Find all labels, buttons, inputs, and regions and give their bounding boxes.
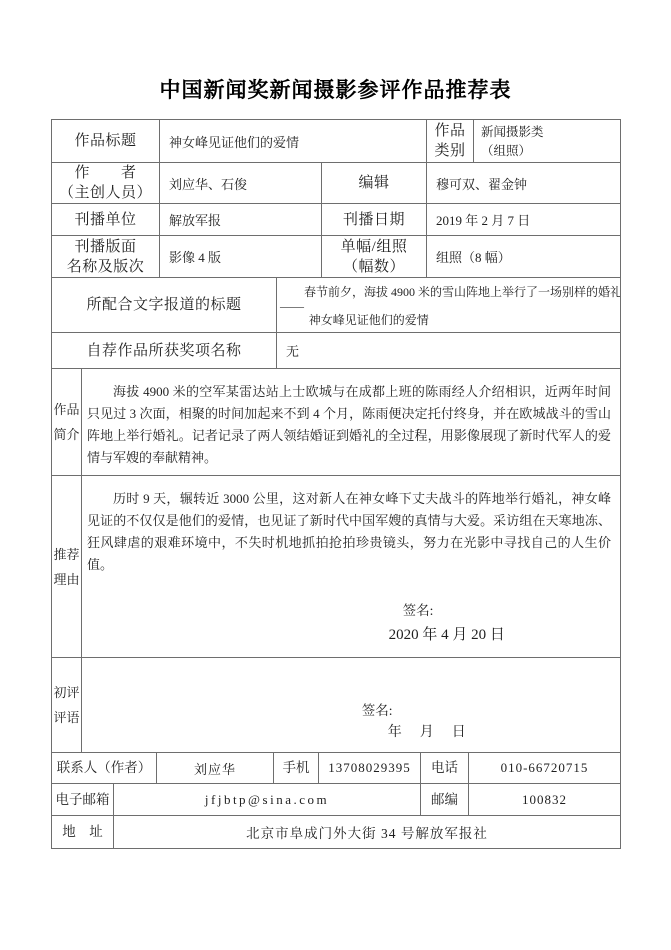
table-row-contact: 联系人（作者） 刘应华 手机 13708029395 电话 010-667207… xyxy=(52,753,620,784)
review-signature-label: 签名: xyxy=(362,700,620,722)
review-text-cell: 签名: 年 月 日 xyxy=(82,658,620,752)
table-row-review: 初评 评语 签名: 年 月 日 xyxy=(52,658,620,753)
author-label: 作 者 （主创人员） xyxy=(52,163,160,203)
table-row-edition: 刊播版面 名称及版次 影像 4 版 单幅/组照 （幅数） 组照（8 幅） xyxy=(52,236,620,278)
category-value: 新闻摄影类 （组照） xyxy=(474,120,620,162)
mobile-label: 手机 xyxy=(274,753,319,783)
editor-label: 编辑 xyxy=(322,163,427,203)
edition-label-line2: 名称及版次 xyxy=(67,257,145,277)
publish-unit-label: 刊播单位 xyxy=(52,204,160,235)
email-value: jfjbtp@sina.com xyxy=(114,784,421,815)
postcode-label: 邮编 xyxy=(421,784,469,815)
format-label: 单幅/组照 （幅数） xyxy=(322,236,427,277)
format-value: 组照（8 幅） xyxy=(427,236,620,277)
reason-text-cell: 历时 9 天，辗转近 3000 公里，这对新人在神女峰下丈夫战斗的阵地举行婚礼，… xyxy=(82,476,620,657)
table-row-report-title: 所配合文字报道的标题 春节前夕，海拔 4900 米的雪山阵地上举行了一场别样的婚… xyxy=(52,278,620,333)
self-award-label: 自荐作品所获奖项名称 xyxy=(52,333,277,368)
table-row-work-title: 作品标题 神女峰见证他们的爱情 作品 类别 新闻摄影类 （组照） xyxy=(52,120,620,163)
review-signature-date: 年 月 日 xyxy=(362,722,620,744)
intro-text-cell: 海拔 4900 米的空军某雷达站上士欧城与在成都上班的陈雨经人介绍相识，近两年时… xyxy=(82,369,620,475)
format-label-line2: （幅数） xyxy=(343,257,405,277)
category-value-line2: （组照） xyxy=(481,142,620,161)
table-row-reason: 推荐 理由 历时 9 天，辗转近 3000 公里，这对新人在神女峰下丈夫战斗的阵… xyxy=(52,476,620,658)
reason-label-line1: 推荐 xyxy=(53,542,79,567)
mobile-value: 13708029395 xyxy=(319,753,421,783)
reason-text: 历时 9 天，辗转近 3000 公里，这对新人在神女峰下丈夫战斗的阵地举行婚礼，… xyxy=(82,476,620,576)
phone-value: 010-66720715 xyxy=(469,753,620,783)
reason-label-line2: 理由 xyxy=(53,567,79,592)
report-title-value: 春节前夕，海拔 4900 米的雪山阵地上举行了一场别样的婚礼 —— 神女峰见证他… xyxy=(277,278,620,332)
edition-value: 影像 4 版 xyxy=(160,236,322,277)
reason-signature-block: 签名: 2020 年 4 月 20 日 xyxy=(389,598,620,648)
contact-label: 联系人（作者） xyxy=(52,753,157,783)
report-title-dash: —— xyxy=(280,300,616,313)
review-signature-block: 签名: 年 月 日 xyxy=(362,700,620,744)
report-title-label: 所配合文字报道的标题 xyxy=(52,278,277,332)
intro-text: 海拔 4900 米的空军某雷达站上士欧城与在成都上班的陈雨经人介绍相识，近两年时… xyxy=(82,369,620,469)
table-row-email: 电子邮箱 jfjbtp@sina.com 邮编 100832 xyxy=(52,784,620,816)
publish-unit-value: 解放军报 xyxy=(160,204,322,235)
edition-label-line1: 刊播版面 xyxy=(74,237,136,257)
report-title-line2: 神女峰见证他们的爱情 xyxy=(280,313,616,328)
address-value: 北京市阜成门外大街 34 号解放军报社 xyxy=(114,816,620,848)
work-title-value: 神女峰见证他们的爱情 xyxy=(160,120,427,162)
category-label-line2: 类别 xyxy=(434,141,465,161)
email-label: 电子邮箱 xyxy=(52,784,114,815)
author-label-line1: 作 者 xyxy=(74,163,136,183)
address-label: 地 址 xyxy=(52,816,114,848)
category-value-line1: 新闻摄影类 xyxy=(481,123,620,142)
format-label-line1: 单幅/组照 xyxy=(341,237,408,257)
table-row-intro: 作品 简介 海拔 4900 米的空军某雷达站上士欧城与在成都上班的陈雨经人介绍相… xyxy=(52,369,620,476)
table-row-publish-unit: 刊播单位 解放军报 刊播日期 2019 年 2 月 7 日 xyxy=(52,204,620,236)
publish-date-value: 2019 年 2 月 7 日 xyxy=(427,204,620,235)
intro-label-line2: 简介 xyxy=(53,422,79,447)
report-title-line1: 春节前夕，海拔 4900 米的雪山阵地上举行了一场别样的婚礼 xyxy=(280,285,616,300)
table-row-address: 地 址 北京市阜成门外大街 34 号解放军报社 xyxy=(52,816,620,848)
recommendation-form-table: 作品标题 神女峰见证他们的爱情 作品 类别 新闻摄影类 （组照） 作 者 （主创… xyxy=(51,119,621,849)
intro-label: 作品 简介 xyxy=(52,369,82,475)
page-title: 中国新闻奖新闻摄影参评作品推荐表 xyxy=(0,74,671,104)
work-title-label: 作品标题 xyxy=(52,120,160,162)
table-row-self-award: 自荐作品所获奖项名称 无 xyxy=(52,333,620,369)
review-label-line2: 评语 xyxy=(53,705,79,730)
reason-label: 推荐 理由 xyxy=(52,476,82,657)
contact-value: 刘应华 xyxy=(157,753,274,783)
document-page: 中国新闻奖新闻摄影参评作品推荐表 作品标题 神女峰见证他们的爱情 作品 类别 新… xyxy=(0,0,671,950)
edition-label: 刊播版面 名称及版次 xyxy=(52,236,160,277)
review-label: 初评 评语 xyxy=(52,658,82,752)
self-award-value: 无 xyxy=(277,333,620,368)
phone-label: 电话 xyxy=(421,753,469,783)
review-label-line1: 初评 xyxy=(53,680,79,705)
reason-signature-date: 2020 年 4 月 20 日 xyxy=(389,623,620,648)
author-label-line2: （主创人员） xyxy=(59,183,152,203)
reason-signature-label: 签名: xyxy=(389,598,620,623)
table-row-author: 作 者 （主创人员） 刘应华、石俊 编辑 穆可双、翟金钟 xyxy=(52,163,620,204)
publish-date-label: 刊播日期 xyxy=(322,204,427,235)
category-label: 作品 类别 xyxy=(427,120,474,162)
intro-label-line1: 作品 xyxy=(53,397,79,422)
editor-value: 穆可双、翟金钟 xyxy=(427,163,620,203)
postcode-value: 100832 xyxy=(469,784,620,815)
category-label-line1: 作品 xyxy=(434,121,465,141)
author-value: 刘应华、石俊 xyxy=(160,163,322,203)
